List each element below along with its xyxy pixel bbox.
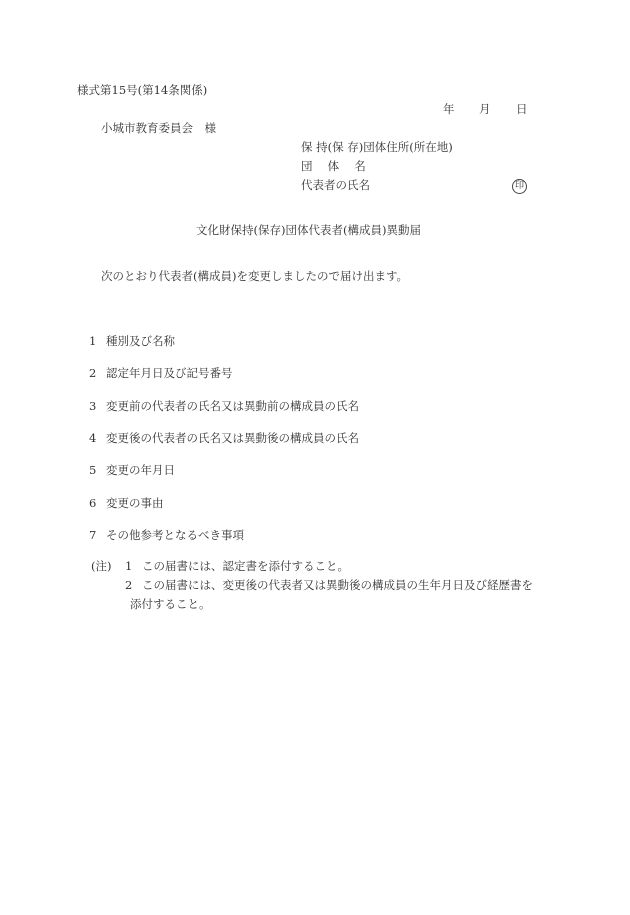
item-label: 変更の年月日 <box>106 463 175 477</box>
list-item: 2認定年月日及び記号番号 <box>89 368 233 380</box>
item-number: 6 <box>89 498 106 510</box>
form-number: 様式第15号(第14条関係) <box>77 85 207 97</box>
list-item: 4変更後の代表者の氏名又は異動後の構成員の氏名 <box>89 433 359 445</box>
item-number: 3 <box>89 401 106 413</box>
body-text: 次のとおり代表者(構成員)を変更しましたので届け出ます。 <box>101 271 408 283</box>
date-month-label: 月 <box>479 104 491 116</box>
note-entry: 1この届書には、認定書を添付すること。 <box>125 561 349 573</box>
notes-prefix: (注) <box>91 561 111 573</box>
document-title: 文化財保持(保存)団体代表者(構成員)異動届 <box>196 225 421 237</box>
applicant-representative-label: 代表者の氏名 <box>301 180 370 192</box>
item-number: 4 <box>89 433 106 445</box>
list-item: 5変更の年月日 <box>89 465 175 477</box>
note-continuation: 添付すること。 <box>130 599 211 611</box>
note-entry: 2この届書には、変更後の代表者又は異動後の構成員の生年月日及び経歴書を <box>125 580 533 592</box>
item-label: その他参考となるべき事項 <box>106 528 244 542</box>
list-item: 1種別及び名称 <box>89 336 175 348</box>
list-item: 7その他参考となるべき事項 <box>89 530 244 542</box>
applicant-group-name-label: 団 体 名 <box>301 161 366 173</box>
item-number: 1 <box>89 336 106 348</box>
item-number: 5 <box>89 465 106 477</box>
item-number: 2 <box>89 368 106 380</box>
item-number: 7 <box>89 530 106 542</box>
item-label: 認定年月日及び記号番号 <box>106 366 233 380</box>
item-label: 変更後の代表者の氏名又は異動後の構成員の氏名 <box>106 431 359 445</box>
date-day-label: 日 <box>516 104 528 116</box>
note-text: この届書には、変更後の代表者又は異動後の構成員の生年月日及び経歴書を <box>142 578 533 592</box>
note-number: 1 <box>125 561 142 573</box>
addressee: 小城市教育委員会 様 <box>101 123 216 135</box>
list-item: 6変更の事由 <box>89 498 164 510</box>
seal-icon: 印 <box>512 179 527 194</box>
date-year-label: 年 <box>443 104 455 116</box>
note-text: この届書には、認定書を添付すること。 <box>142 559 349 573</box>
item-label: 変更前の代表者の氏名又は異動前の構成員の氏名 <box>106 399 359 413</box>
item-label: 種別及び名称 <box>106 334 175 348</box>
applicant-address-label: 保 持(保 存)団体住所(所在地) <box>301 142 453 154</box>
note-number: 2 <box>125 580 142 592</box>
list-item: 3変更前の代表者の氏名又は異動前の構成員の氏名 <box>89 401 359 413</box>
item-label: 変更の事由 <box>106 496 164 510</box>
